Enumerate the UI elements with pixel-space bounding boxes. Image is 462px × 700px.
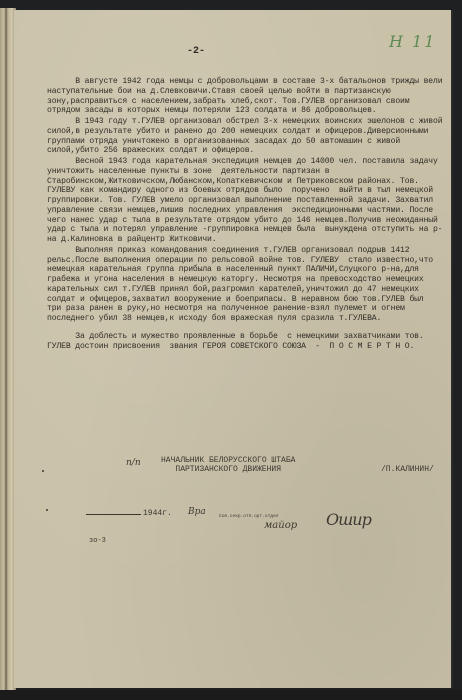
date-year: 1944г. — [143, 509, 172, 518]
ink-dot — [42, 470, 44, 472]
signatory-title: НАЧАЛЬНИК БЕЛОРУССКОГО ШТАБА ПАРТИЗАНСКО… — [111, 456, 295, 474]
page-number: -2- — [187, 46, 205, 57]
archive-mark: Н 11 — [389, 32, 436, 51]
scan-background — [0, 690, 462, 700]
handwritten-signature: Ошир — [326, 510, 371, 529]
signatory-title-line1: НАЧАЛЬНИК БЕЛОРУССКОГО ШТАБА — [111, 456, 295, 465]
paragraph-conclusion: За доблесть и мужество проявленные в бор… — [47, 332, 447, 352]
signatory-name: /П.КАЛИНИН/ — [381, 465, 434, 474]
ink-dot — [46, 509, 48, 511]
document-page: -2- Н 11 В августе 1942 года немцы с доб… — [14, 10, 453, 688]
paragraph-1943-trains: В 1943 году т.ГУЛЕВ организовал обстрел … — [47, 117, 447, 156]
paragraph-august-1942: В августе 1942 года немцы с добровольцам… — [47, 77, 447, 116]
document-body: В августе 1942 года немцы с добровольцам… — [47, 77, 447, 352]
secrecy-stamp: Сов.секр.отп.орг.отдел — [219, 514, 278, 519]
form-code: зо-3 — [89, 537, 106, 545]
date-blank — [86, 514, 141, 515]
date-line: 1944г. — [86, 509, 172, 518]
signatory-title-line2: ПАРТИЗАНСКОГО ДВИЖЕНИЯ — [111, 465, 295, 474]
paragraph-rail-war: Выполняя приказ командования соединения … — [47, 246, 447, 324]
handwritten-rank: майор — [264, 520, 297, 531]
paragraph-spring-1943: Весной 1943 года карательная экспедиция … — [47, 157, 447, 245]
handwritten-note: Вра — [188, 507, 206, 517]
